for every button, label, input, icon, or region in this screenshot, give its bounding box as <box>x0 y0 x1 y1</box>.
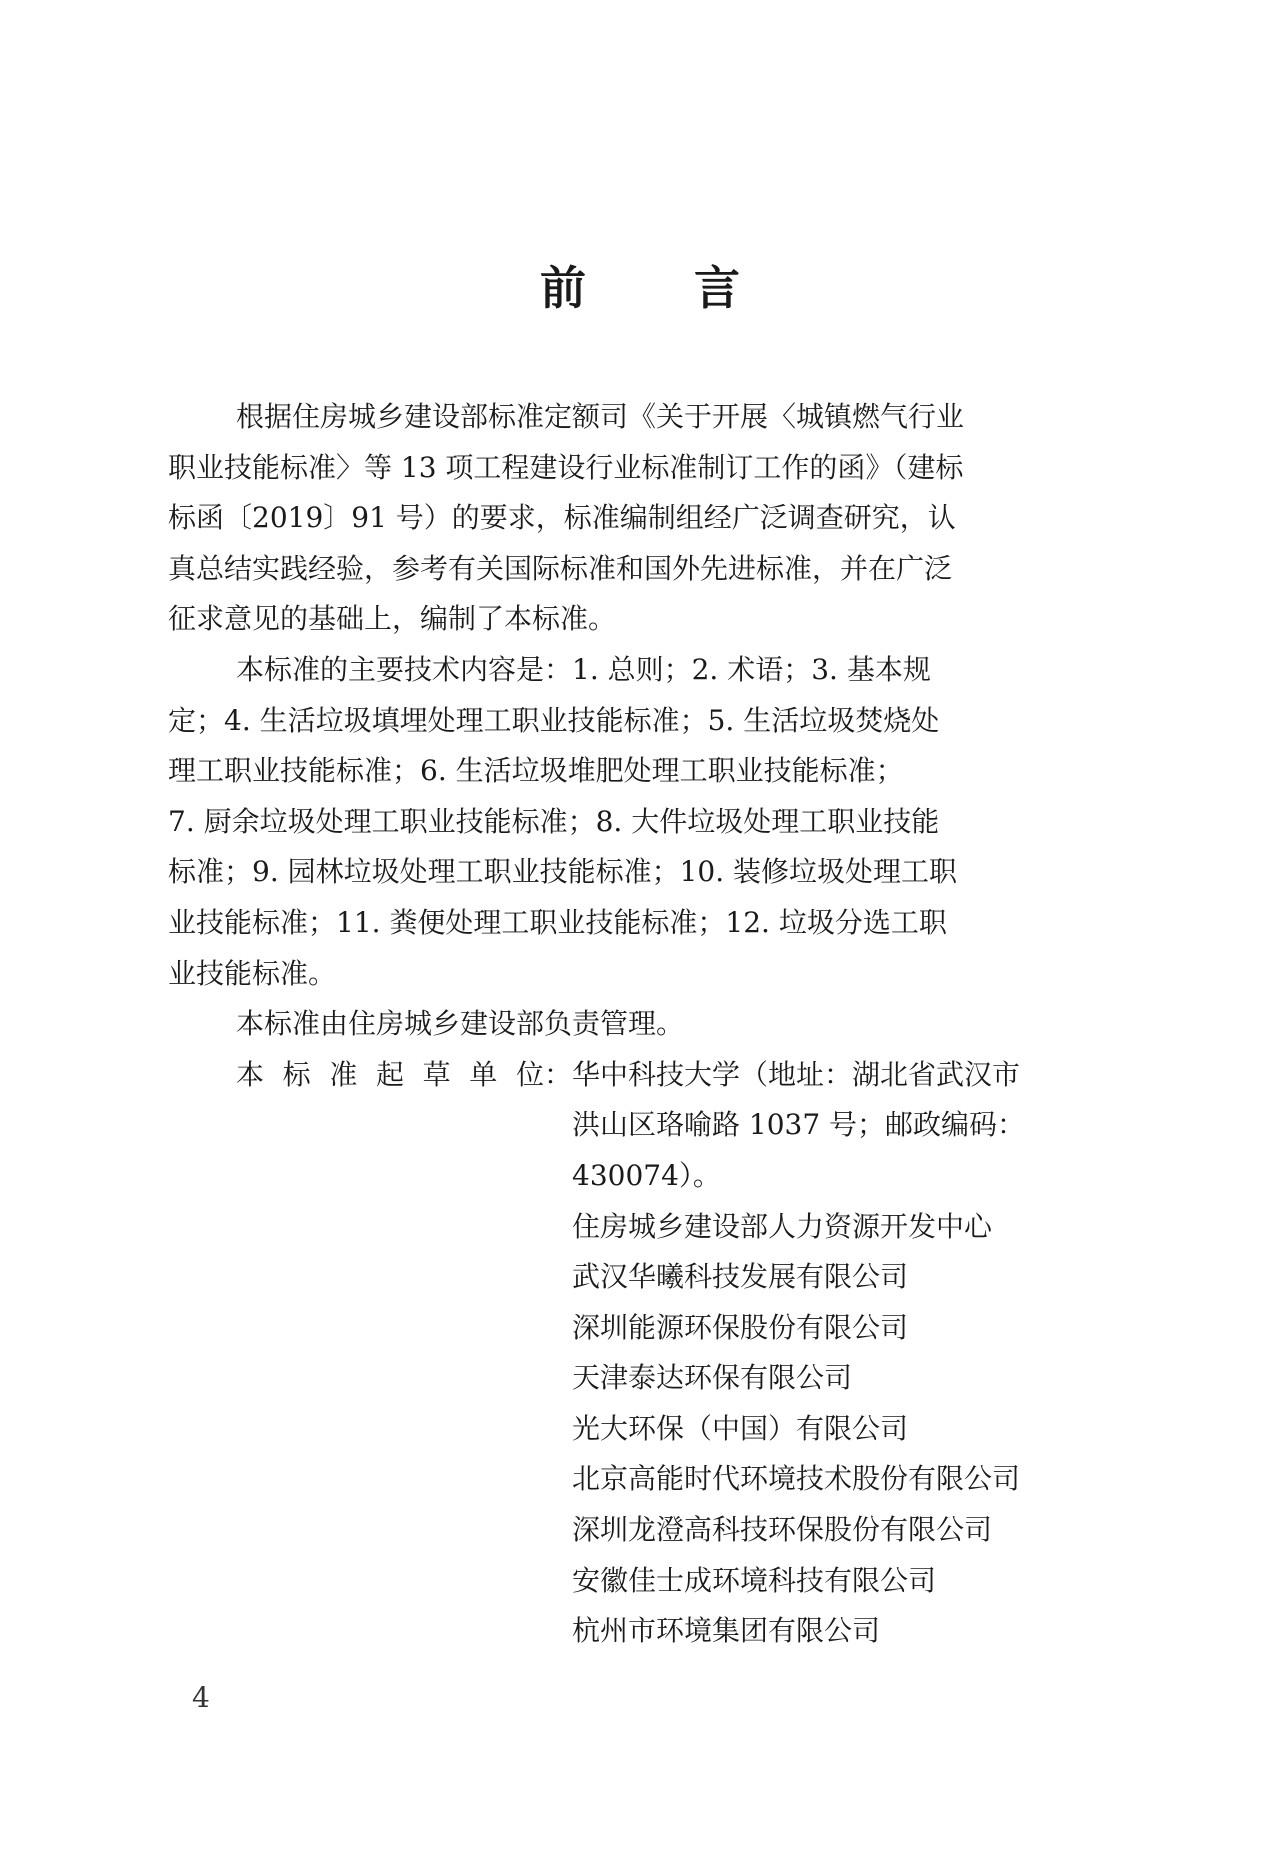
paragraph-3-line-1: 本标准由住房城乡建设部负责管理。 <box>168 999 1112 1050</box>
paragraph-2-line-2: 定；4. 生活垃圾填埋处理工职业技能标准；5. 生活垃圾焚烧处 <box>168 696 1112 747</box>
page-number: 4 <box>192 1678 210 1718</box>
label-char: 本 <box>236 1050 264 1101</box>
label-char: 单 <box>469 1050 497 1101</box>
paragraph-1-line-4: 真总结实践经验，参考有关国际标准和国外先进标准，并在广泛 <box>168 544 1112 595</box>
lead-org-line-3: 430074）。 <box>572 1151 1112 1202</box>
paragraph-1-line-1: 根据住房城乡建设部标准定额司《关于开展〈城镇燃气行业 <box>168 392 1112 443</box>
label-char: 准 <box>329 1050 357 1101</box>
title-char-2: 言 <box>694 258 740 318</box>
paragraph-2-line-3: 理工职业技能标准；6. 生活垃圾堆肥处理工职业技能标准； <box>168 746 1112 797</box>
drafting-units-label: 本 标 准 起 草 单 位： <box>168 1050 572 1101</box>
org-item: 天津泰达环保有限公司 <box>572 1353 1112 1404</box>
document-page: 前 言 根据住房城乡建设部标准定额司《关于开展〈城镇燃气行业 职业技能标准〉等 … <box>0 0 1280 1853</box>
preface-body: 根据住房城乡建设部标准定额司《关于开展〈城镇燃气行业 职业技能标准〉等 13 项… <box>168 392 1112 1657</box>
paragraph-1-line-3: 标函〔2019〕91 号）的要求，标准编制组经广泛调查研究，认 <box>168 493 1112 544</box>
org-item: 深圳龙澄高科技环保股份有限公司 <box>572 1505 1112 1556</box>
org-item: 光大环保（中国）有限公司 <box>572 1404 1112 1455</box>
paragraph-2-line-6: 业技能标准；11. 粪便处理工职业技能标准；12. 垃圾分选工职 <box>168 898 1112 949</box>
org-item: 安徽佳士成环境科技有限公司 <box>572 1556 1112 1607</box>
org-item: 武汉华曦科技发展有限公司 <box>572 1252 1112 1303</box>
paragraph-1-line-5: 征求意见的基础上，编制了本标准。 <box>168 594 1112 645</box>
label-char: 标 <box>283 1050 311 1101</box>
title-char-1: 前 <box>540 258 586 318</box>
org-item: 深圳能源环保股份有限公司 <box>572 1303 1112 1354</box>
paragraph-2-line-7: 业技能标准。 <box>168 949 1112 1000</box>
page-title: 前 言 <box>0 258 1280 318</box>
label-char: 草 <box>423 1050 451 1101</box>
lead-org-line-1: 华中科技大学（地址：湖北省武汉市 <box>572 1050 1112 1101</box>
paragraph-2-line-5: 标准；9. 园林垃圾处理工职业技能标准；10. 装修垃圾处理工职 <box>168 847 1112 898</box>
org-item: 北京高能时代环境技术股份有限公司 <box>572 1454 1112 1505</box>
label-char: 起 <box>376 1050 404 1101</box>
org-item: 杭州市环境集团有限公司 <box>572 1606 1112 1657</box>
org-item: 住房城乡建设部人力资源开发中心 <box>572 1202 1112 1253</box>
paragraph-2-line-4: 7. 厨余垃圾处理工职业技能标准；8. 大件垃圾处理工职业技能 <box>168 797 1112 848</box>
lead-org-line-2: 洪山区珞喻路 1037 号；邮政编码： <box>572 1100 1112 1151</box>
paragraph-2-line-1: 本标准的主要技术内容是：1. 总则；2. 术语；3. 基本规 <box>168 645 1112 696</box>
label-char: 位： <box>516 1050 572 1101</box>
drafting-orgs-list: 华中科技大学（地址：湖北省武汉市 洪山区珞喻路 1037 号；邮政编码： 430… <box>572 1050 1112 1657</box>
paragraph-1-line-2: 职业技能标准〉等 13 项工程建设行业标准制订工作的函》（建标 <box>168 443 1112 494</box>
drafting-units: 本 标 准 起 草 单 位： 华中科技大学（地址：湖北省武汉市 洪山区珞喻路 1… <box>168 1050 1112 1657</box>
